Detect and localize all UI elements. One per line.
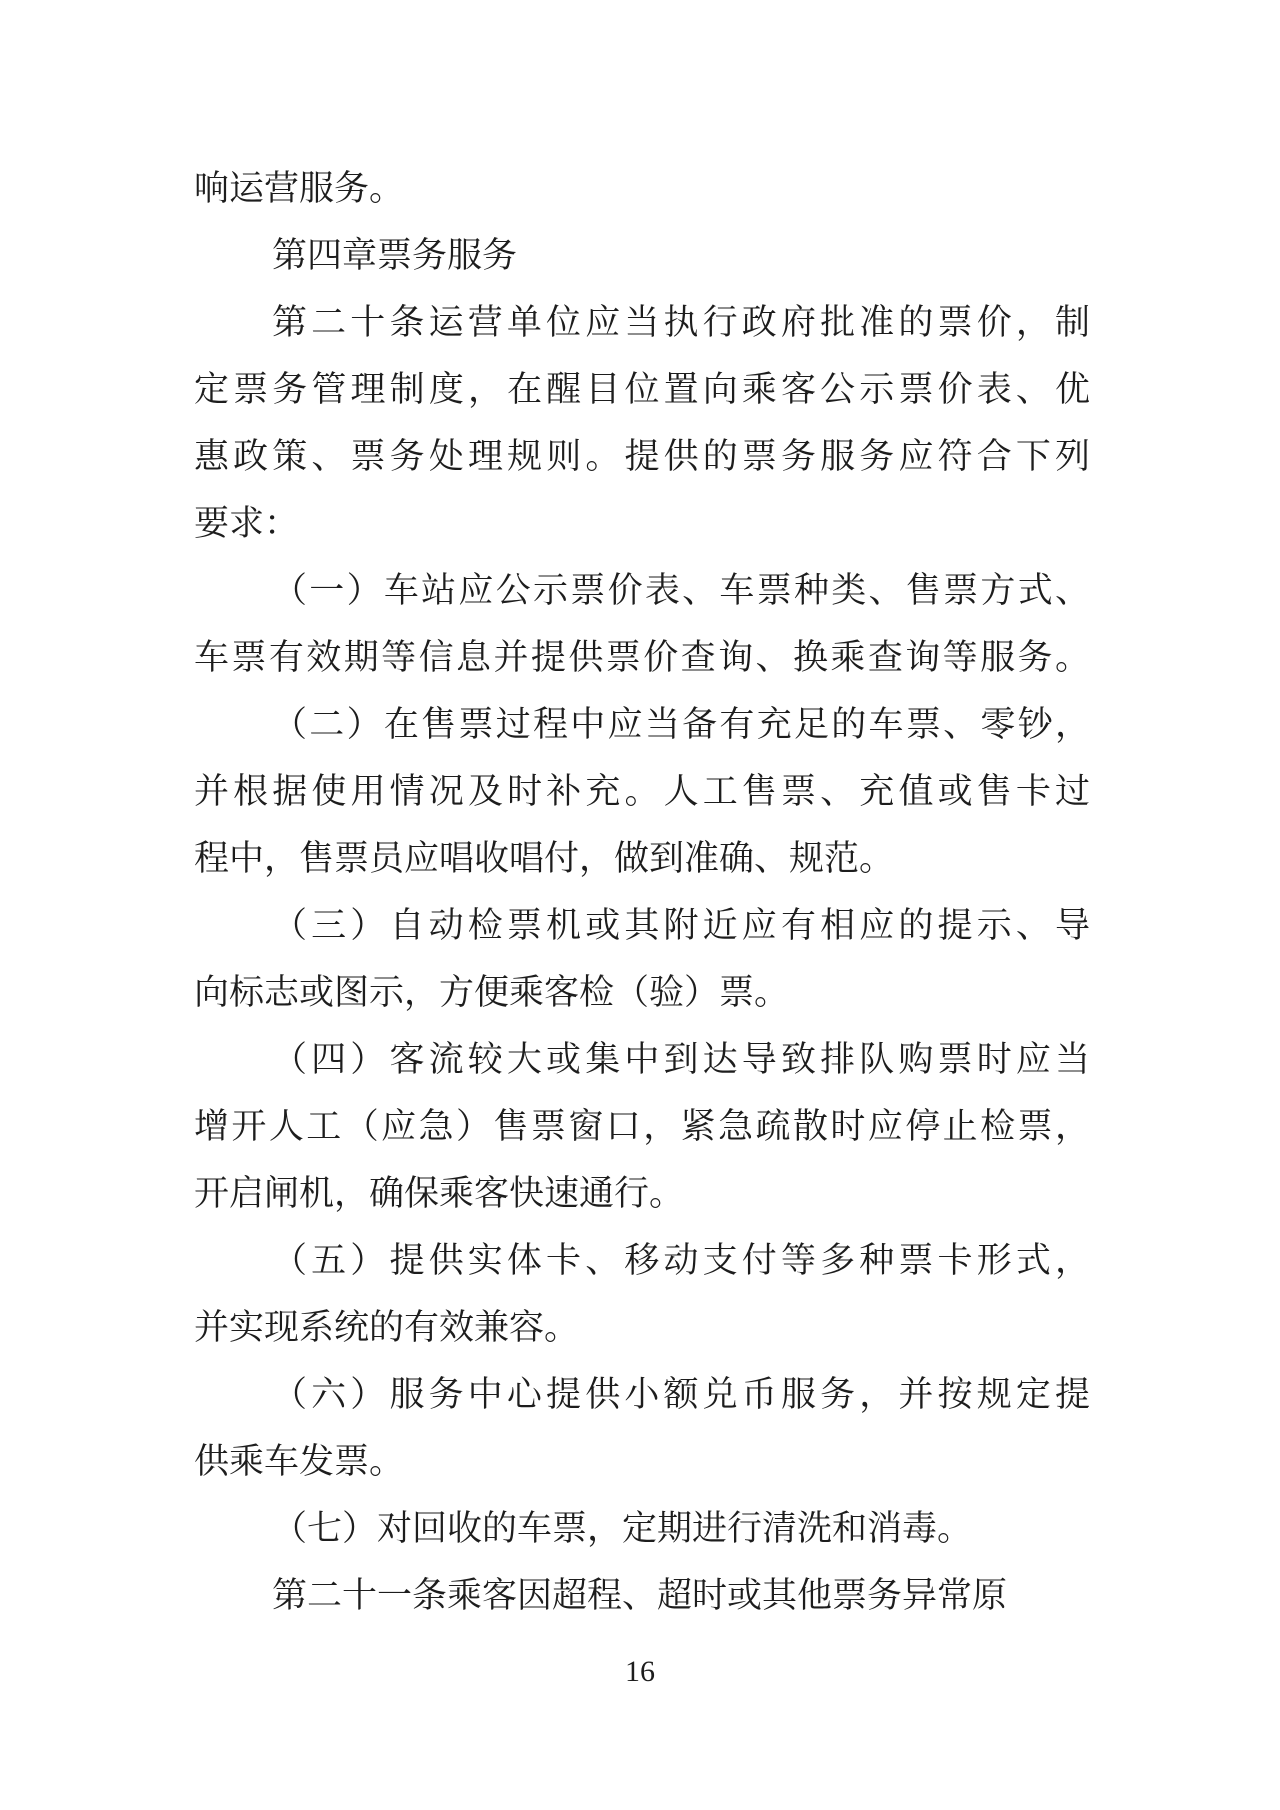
line-item-4-2: 增开人工（应急）售票窗口，紧急疏散时应停止检票， [194, 1093, 1090, 1160]
line-item-4-1: （四）客流较大或集中到达导致排队购票时应当 [194, 1026, 1090, 1093]
line-article-20-3: 惠政策、票务处理规则。提供的票务服务应符合下列 [194, 423, 1090, 490]
line-chapter-4-heading: 第四章票务服务 [194, 222, 1090, 289]
line-item-2-2: 并根据使用情况及时补充。人工售票、充值或售卡过 [194, 758, 1090, 825]
line-item-3-2: 向标志或图示，方便乘客检（验）票。 [194, 959, 1090, 1026]
line-item-3-1: （三）自动检票机或其附近应有相应的提示、导 [194, 892, 1090, 959]
line-continuation-prev-paragraph: 响运营服务。 [194, 155, 1090, 222]
line-item-6-2: 供乘车发票。 [194, 1428, 1090, 1495]
page-number: 16 [0, 1648, 1280, 1696]
line-item-5-2: 并实现系统的有效兼容。 [194, 1294, 1090, 1361]
line-item-5-1: （五）提供实体卡、移动支付等多种票卡形式， [194, 1227, 1090, 1294]
line-item-7: （七）对回收的车票，定期进行清洗和消毒。 [194, 1495, 1090, 1562]
document-page: 响运营服务。 第四章票务服务 第二十条运营单位应当执行政府批准的票价，制 定票务… [0, 0, 1280, 1810]
line-article-20-1: 第二十条运营单位应当执行政府批准的票价，制 [194, 289, 1090, 356]
line-item-2-3: 程中，售票员应唱收唱付，做到准确、规范。 [194, 825, 1090, 892]
line-article-21-1: 第二十一条乘客因超程、超时或其他票务异常原 [194, 1562, 1090, 1629]
page-body-text: 响运营服务。 第四章票务服务 第二十条运营单位应当执行政府批准的票价，制 定票务… [194, 155, 1090, 1629]
line-item-1-2: 车票有效期等信息并提供票价查询、换乘查询等服务。 [194, 624, 1090, 691]
line-item-2-1: （二）在售票过程中应当备有充足的车票、零钞， [194, 691, 1090, 758]
line-item-4-3: 开启闸机，确保乘客快速通行。 [194, 1160, 1090, 1227]
line-item-6-1: （六）服务中心提供小额兑币服务，并按规定提 [194, 1361, 1090, 1428]
line-item-1-1: （一）车站应公示票价表、车票种类、售票方式、 [194, 557, 1090, 624]
line-article-20-4: 要求： [194, 490, 1090, 557]
line-article-20-2: 定票务管理制度，在醒目位置向乘客公示票价表、优 [194, 356, 1090, 423]
